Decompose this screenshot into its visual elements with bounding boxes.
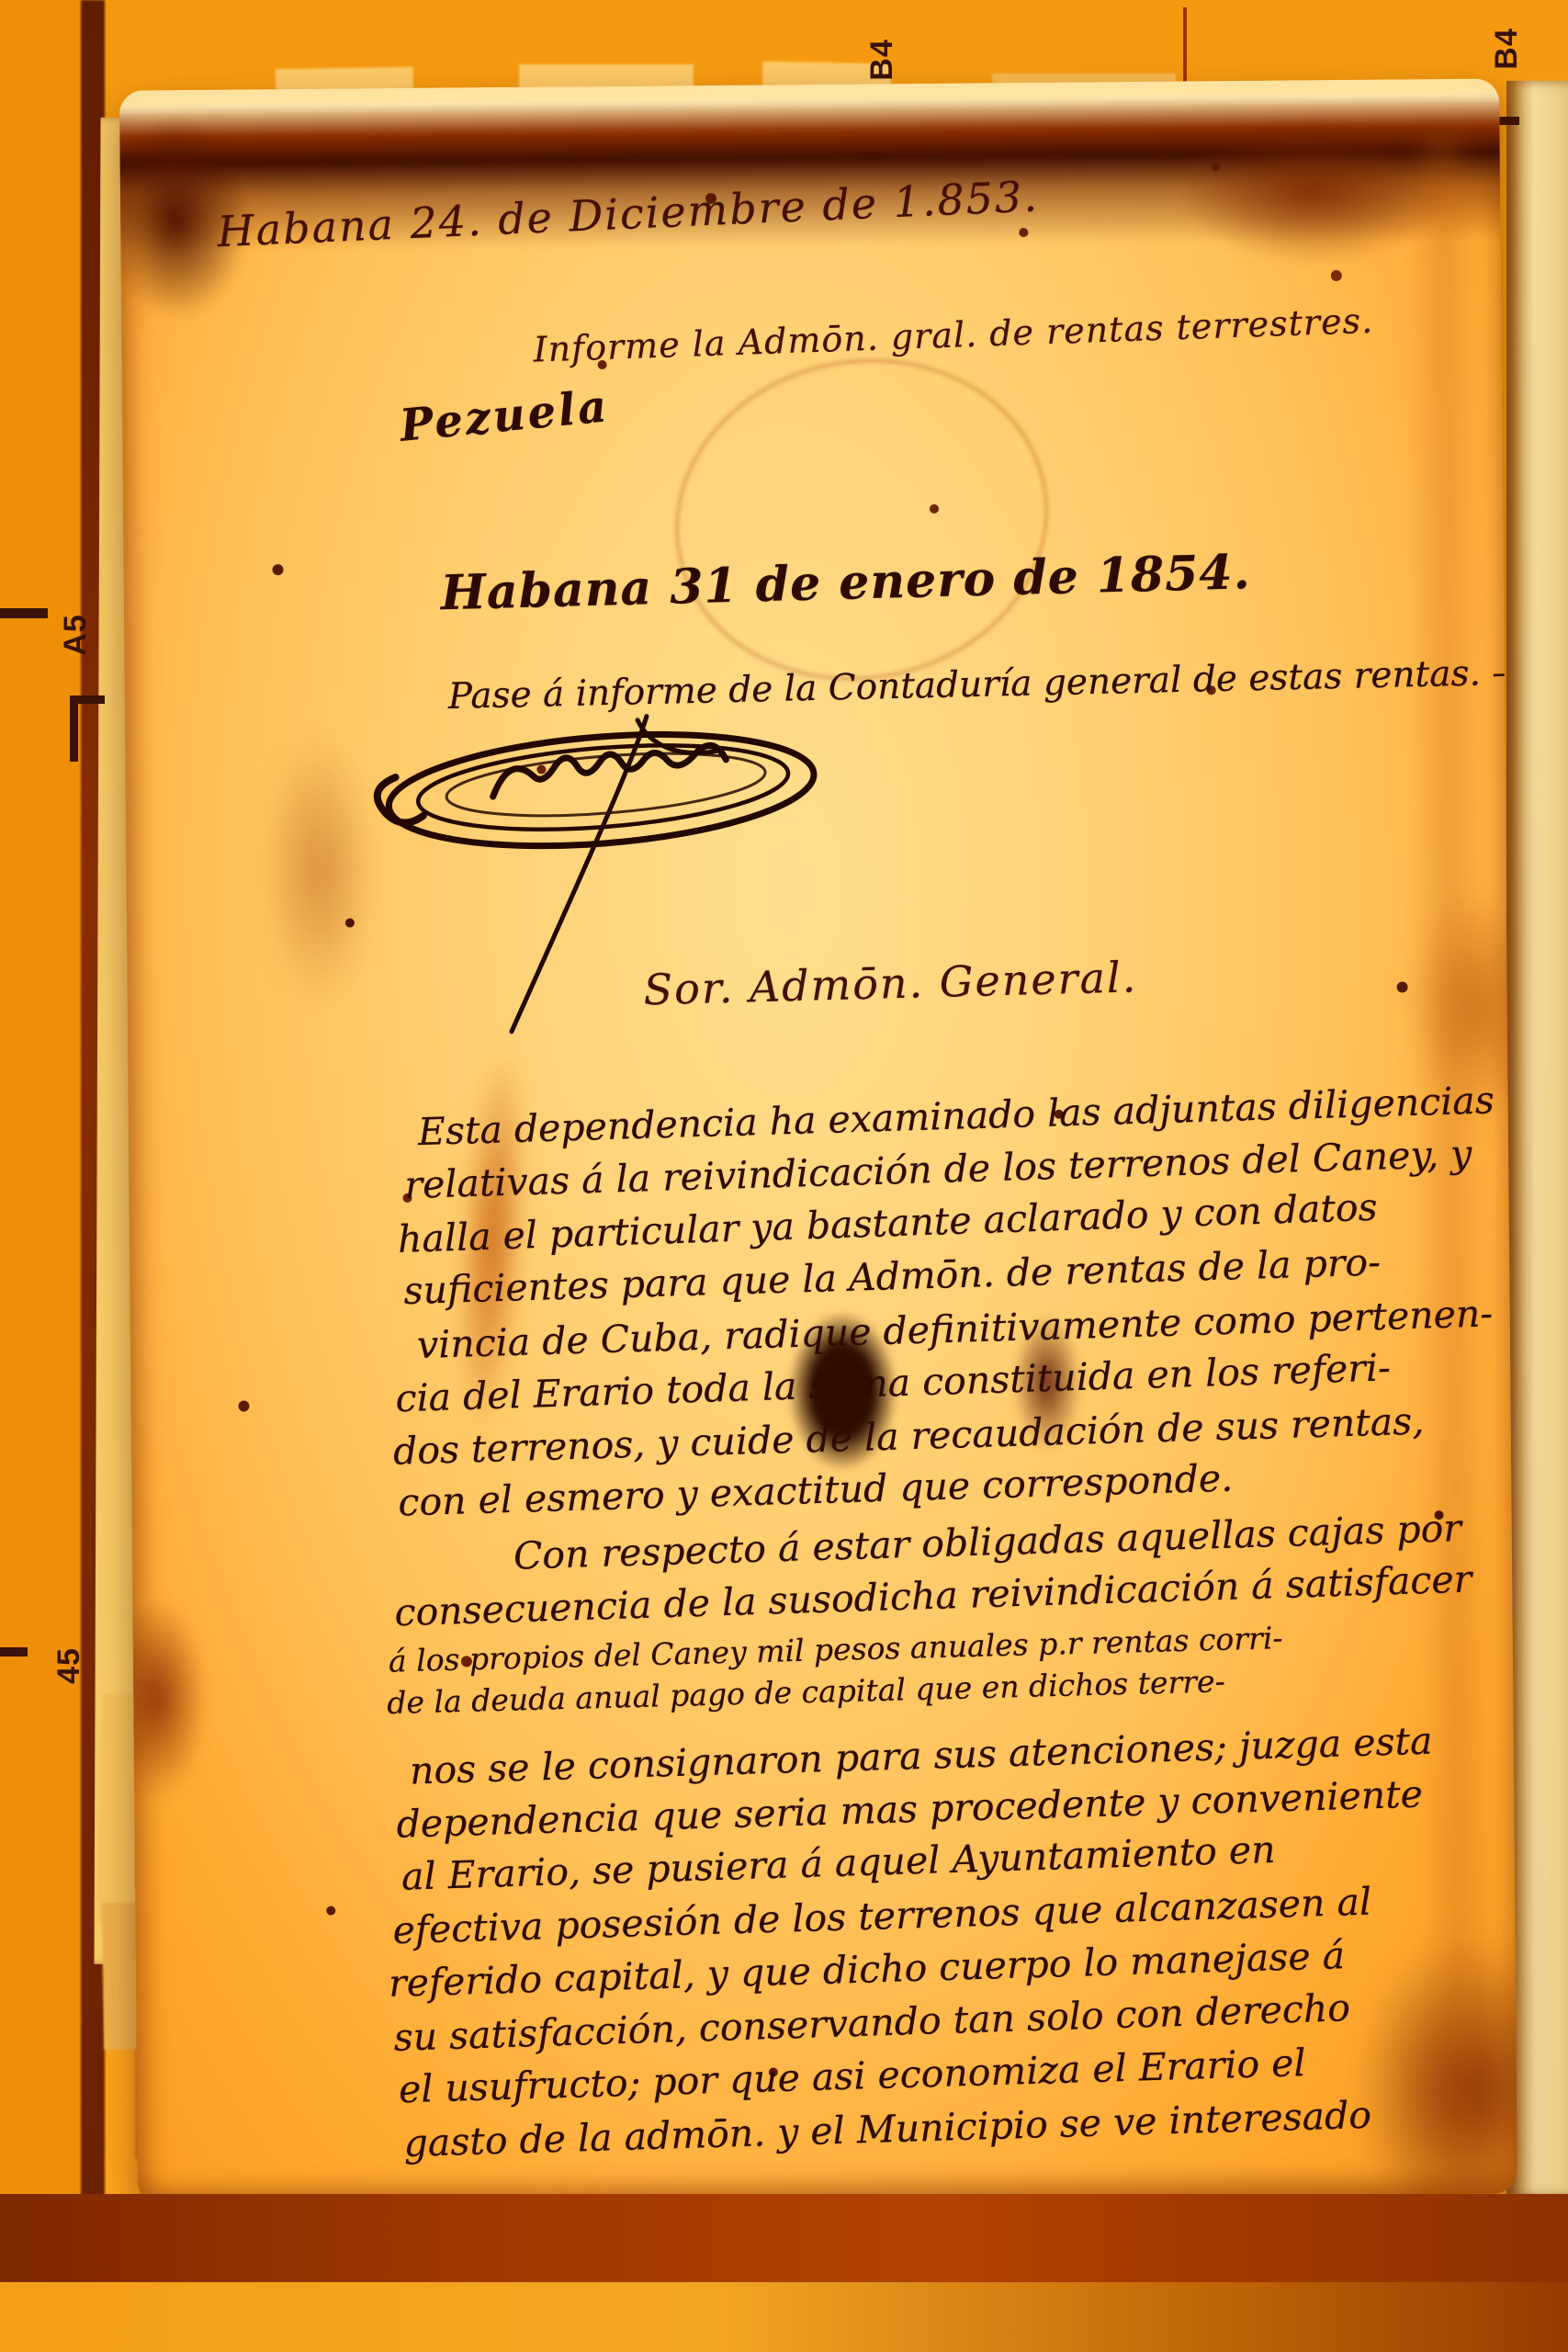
frame-label-left-lower: 45 bbox=[48, 1638, 90, 1693]
frame-label-top-center: B4 bbox=[861, 32, 903, 87]
book-fore-edge bbox=[1506, 81, 1568, 2196]
frame-label-left-upper: A5 bbox=[54, 607, 96, 662]
frame-label-top-right: B4 bbox=[1485, 21, 1528, 76]
crop-mark-left-upper bbox=[70, 695, 78, 762]
film-bottom-light-band bbox=[0, 2282, 1568, 2352]
microfilm-scan-background: B4 B4 A5 45 B4 B4 Habana 24. de Diciembr… bbox=[0, 0, 1568, 2352]
film-crease-line bbox=[1183, 7, 1187, 86]
note-signature: Pezuela bbox=[398, 380, 612, 452]
decree-order: Pase á informe de la Contaduría general … bbox=[447, 650, 1517, 718]
film-bottom-dark-band bbox=[0, 2194, 1568, 2286]
crop-mark-left-upper-tick bbox=[0, 608, 48, 618]
stamp-ghost-ring bbox=[649, 328, 1076, 711]
foxing-specks bbox=[119, 91, 125, 96]
decree-place-date: Habana 31 de enero de 1854. bbox=[440, 544, 1251, 621]
left-margin-band bbox=[0, 0, 83, 2205]
note-direction: Informe la Admōn. gral. de rentas terres… bbox=[533, 300, 1374, 370]
manuscript-page: Habana 24. de Diciembre de 1.853. Inform… bbox=[119, 78, 1517, 2205]
crop-mark-left-lower-tick bbox=[0, 1647, 28, 1657]
